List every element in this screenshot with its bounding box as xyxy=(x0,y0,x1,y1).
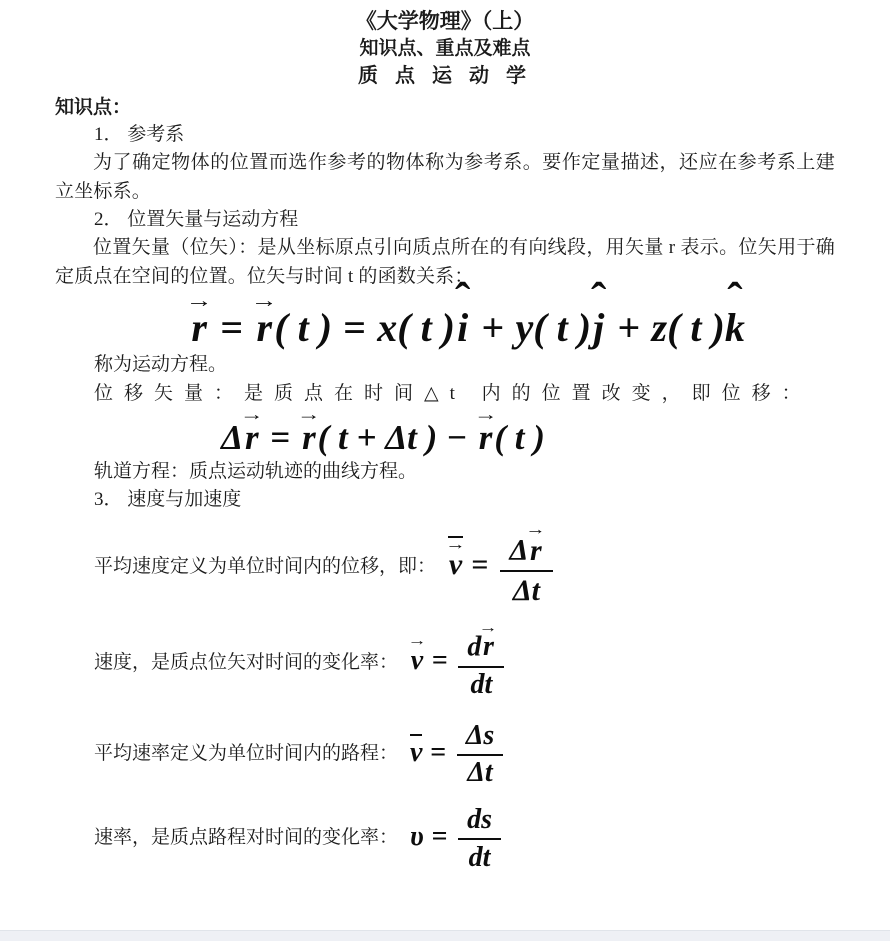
title-course: 《大学物理》（上） xyxy=(55,8,835,35)
label-average-speed: 平均速率定义为单位时间内的路程： xyxy=(94,740,398,768)
row-speed: 速率，是质点路程对时间的变化率： υ=dsdt xyxy=(55,804,835,873)
label-average-velocity: 平均速度定义为单位时间内的位移，即： xyxy=(94,553,436,581)
formula-block-displacement: Δ→r=→r( t + Δt )−→r( t ) xyxy=(55,409,835,458)
vector-arrow-accent: → xyxy=(526,526,546,535)
row-average-speed: 平均速率定义为单位时间内的路程： v=ΔsΔt xyxy=(55,720,835,789)
formula-average-speed: v=ΔsΔt xyxy=(410,720,506,789)
vector-arrow-accent: → xyxy=(240,409,264,420)
para-trajectory: 轨道方程：质点运动轨迹的曲线方程。 xyxy=(55,458,835,487)
formula-motion-equation: →r=→r( t )=x( t )ˆi+y( t )ˆj+z( t )ˆk xyxy=(189,305,745,350)
vector-arrow-accent: → xyxy=(251,295,278,307)
vector-arrow-accent: → xyxy=(297,409,321,420)
vector-arrow-accent: → xyxy=(445,541,465,550)
para-motion-equation-label: 称为运动方程。 xyxy=(55,351,835,380)
list-item-reference-frame: 1． 参考系 xyxy=(55,121,835,149)
row-velocity: 速度，是质点位矢对时间的变化率： →v=d→rdt xyxy=(55,625,835,701)
title-chapter: 质 点 运 动 学 xyxy=(55,62,835,90)
formula-average-velocity: →v=Δ→rΔt xyxy=(448,526,556,607)
label-velocity: 速度，是质点位矢对时间的变化率： xyxy=(94,649,398,677)
formula-displacement: Δ→r=→r( t + Δt )−→r( t ) xyxy=(221,418,545,457)
title-subtitle: 知识点、重点及难点 xyxy=(55,35,835,62)
row-average-velocity: 平均速度定义为单位时间内的位移，即： →v=Δ→rΔt xyxy=(55,526,835,607)
formula-speed: υ=dsdt xyxy=(410,804,504,873)
formula-block-motion-equation: →r=→r( t )=x( t )ˆi+y( t )ˆj+z( t )ˆk xyxy=(55,291,835,351)
heading-knowledge-points: 知识点： xyxy=(55,94,835,121)
para-position-vector: 位置矢量（位矢）：是从坐标原点引向质点所在的有向线段，用矢量 r 表示。位矢用于… xyxy=(55,234,835,291)
label-speed: 速率，是质点路程对时间的变化率： xyxy=(94,824,398,852)
formula-velocity: →v=d→rdt xyxy=(410,625,507,701)
vector-arrow-accent: → xyxy=(479,625,498,634)
para-reference-frame: 为了确定物体的位置而选作参考的物体称为参考系。要作定量描述，还应在参考系上建立坐… xyxy=(55,149,835,206)
vector-arrow-accent: → xyxy=(474,409,498,420)
viewer-bottom-bar xyxy=(0,930,890,941)
vector-arrow-accent: → xyxy=(408,638,427,647)
vector-arrow-accent: → xyxy=(186,295,213,307)
list-item-velocity-acceleration: 3． 速度与加速度 xyxy=(55,486,835,514)
list-item-position-vector: 2． 位置矢量与运动方程 xyxy=(55,206,835,234)
doc-page: 《大学物理》（上） 知识点、重点及难点 质 点 运 动 学 知识点： 1． 参考… xyxy=(0,0,890,873)
para-displacement: 位移矢量：是质点在时间△t 内的位置改变，即位移： xyxy=(55,379,835,409)
